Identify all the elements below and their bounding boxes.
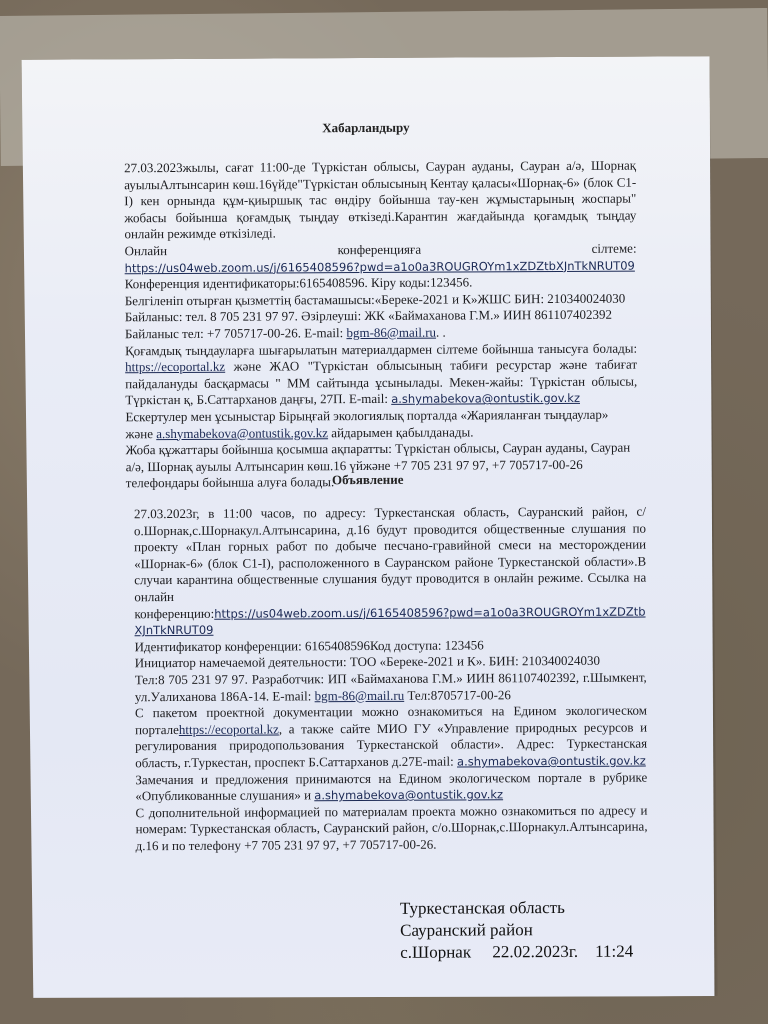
stamp-village: с.Шорнак — [400, 942, 471, 961]
ru-body: 27.03.2023г, в 11:00 часов, по адресу: Т… — [134, 504, 648, 855]
kz-materials-prefix: Қоғамдық тыңдауларға шығарылатын материа… — [125, 340, 637, 358]
kz-remarks-suffix: айдарымен қабылданады. — [328, 424, 474, 440]
ru-additional: С дополнительной информацией по материал… — [135, 802, 647, 854]
kz-ecoportal-link[interactable]: https://ecoportal.kz — [125, 359, 225, 375]
ru-email-shym-2[interactable]: a.shymabekova@ontustik.gov.kz — [314, 787, 503, 802]
ru-ecoportal-link[interactable]: https://ecoportal.kz — [179, 721, 279, 737]
ru-email-bgm[interactable]: bgm-86@mail.ru — [315, 687, 405, 702]
ru-remarks: Замечания и предложения принимаются на Е… — [135, 769, 647, 805]
kz-contact1: Байланыс: тел. 8 705 231 97 97. Әзірлеуш… — [125, 307, 637, 326]
kz-email-shym[interactable]: a.shymabekova@ontustik.gov.kz — [391, 391, 580, 406]
kz-remarks: Ескертулер мен ұсыныстар Бірыңғай эколог… — [125, 406, 637, 442]
kz-online-word: Онлайн — [125, 243, 168, 260]
ru-developer-tel: Тел:8705717-00-26 — [404, 687, 511, 703]
ru-conf-prefix: конференцию: — [134, 605, 214, 620]
stamp-village-date: с.Шорнак 22.02.2023г. 11:24 — [400, 941, 633, 964]
ru-intro: 27.03.2023г, в 11:00 часов, по адресу: Т… — [134, 504, 647, 606]
kz-intro: 27.03.2023жылы, сағат 11:00-де Түркістан… — [124, 158, 636, 244]
ru-conf-line: конференцию:https://us04web.zoom.us/j/61… — [134, 603, 646, 639]
stamp-date: 22.02.2023г. — [492, 942, 578, 961]
ru-package: С пакетом проектной документации можно о… — [135, 703, 647, 772]
kz-conference-word: конференцияға — [338, 242, 422, 259]
location-stamp: Туркестанская область Сауранский район с… — [400, 897, 633, 964]
kz-title: Хабарландыру — [22, 118, 710, 138]
ru-developer: Тел:8 705 231 97 97. Разработчик: ИП «Ба… — [135, 669, 647, 705]
kz-email-bgm[interactable]: bgm-86@mail.ru — [346, 325, 436, 340]
kz-contact2-suffix: . . — [436, 325, 446, 340]
stamp-time: 11:24 — [595, 942, 633, 961]
kz-link-word: сілтеме: — [592, 241, 637, 258]
kz-zoom-link[interactable]: https://us04web.zoom.us/j/6165408596?pwd… — [125, 258, 635, 275]
ru-email-shym[interactable]: a.shymabekova@ontustik.gov.kz — [457, 753, 646, 768]
kz-email-shym-2[interactable]: a.shymabekova@ontustik.gov.kz — [156, 425, 328, 441]
stamp-region: Туркестанская область — [400, 897, 633, 920]
kz-body: 27.03.2023жылы, сағат 11:00-де Түркістан… — [124, 158, 638, 493]
kz-contact2-prefix: Байланыс тел: +7 705717-00-26. E-mail: — [125, 325, 347, 341]
notice-sheet: Хабарландыру 27.03.2023жылы, сағат 11:00… — [22, 56, 715, 1000]
stamp-district: Сауранский район — [400, 919, 633, 942]
kz-materials: Қоғамдық тыңдауларға шығарылатын материа… — [125, 340, 637, 409]
